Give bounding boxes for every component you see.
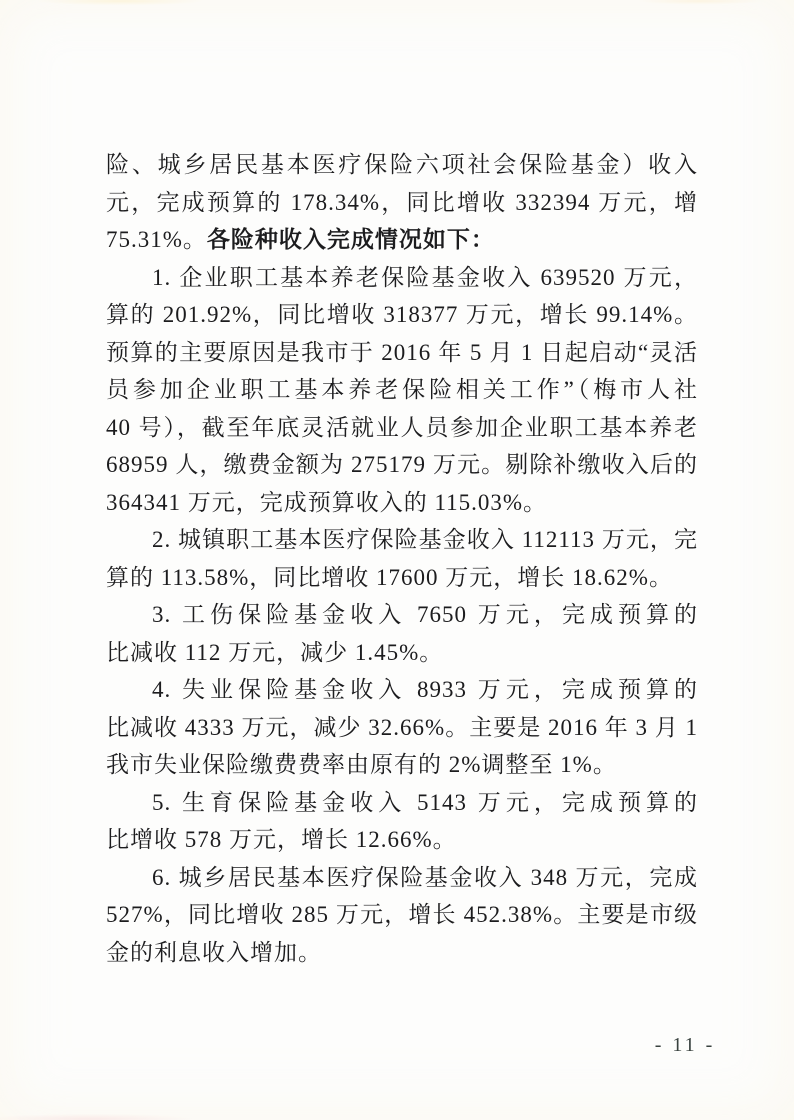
scan-edge-artifact-bottom xyxy=(0,1110,220,1120)
text-line-4: 1. 企业职工基本养老保险基金收入 639520 万元，完成预 xyxy=(106,259,698,297)
text-line-17: 我市失业保险缴费费率由原有的 2%调整至 1%。 xyxy=(106,746,698,784)
section-heading: 各险种收入完成情况如下： xyxy=(207,227,495,252)
text-line-13: 3. 工伤保险基金收入 7650 万元，完成预算的 117.20%，同 xyxy=(106,596,698,634)
text-line-6: 预算的主要原因是我市于 2016 年 5 月 1 日起启动“灵活就业人 xyxy=(106,334,698,372)
page-number: - 11 - xyxy=(630,1034,740,1057)
text-line-11: 2. 城镇职工基本医疗保险基金收入 112113 万元，完成预 xyxy=(106,521,698,559)
text-line-12: 算的 113.58%，同比增收 17600 万元，增长 18.62%。 xyxy=(106,559,698,597)
text-line-5: 算的 201.92%，同比增收 318377 万元，增长 99.14%。超额完成 xyxy=(106,296,698,334)
text-line-10: 364341 万元，完成预算收入的 115.03%。 xyxy=(106,484,698,522)
text-line-21: 527%，同比增收 285 万元，增长 452.38%。主要是市级风险调剂 xyxy=(106,896,698,934)
text-line-18: 5. 生育保险基金收入 5143 万元，完成预算的 107.69%，同 xyxy=(106,784,698,822)
text-line-8: 40 号），截至年底灵活就业人员参加企业职工基本养老保险共 xyxy=(106,409,698,447)
text-line-19: 比增收 578 万元，增长 12.66%。 xyxy=(106,821,698,859)
text-line-3-normal: 75.31%。 xyxy=(106,227,207,252)
text-line-1: 险、城乡居民基本医疗保险六项社会保险基金）收入 773707 万 xyxy=(106,146,698,184)
text-line-20: 6. 城乡居民基本医疗保险基金收入 348 万元，完成预算的 xyxy=(106,859,698,897)
text-line-7: 员参加企业职工基本养老保险相关工作”（梅市人社〔2016〕 xyxy=(106,371,698,409)
text-line-14: 比减收 112 万元，减少 1.45%。 xyxy=(106,634,698,672)
document-body: 险、城乡居民基本医疗保险六项社会保险基金）收入 773707 万 元，完成预算的… xyxy=(106,146,698,971)
text-line-16: 比减收 4333 万元，减少 32.66%。主要是 2016 年 3 月 1 日… xyxy=(106,709,698,747)
text-line-15: 4. 失业保险基金收入 8933 万元，完成预算的 126.71%，同 xyxy=(106,671,698,709)
text-line-22: 金的利息收入增加。 xyxy=(106,934,698,972)
text-line-9: 68959 人，缴费金额为 275179 万元。剔除补缴收入后的收入为 xyxy=(106,446,698,484)
scan-edge-artifact-top xyxy=(0,0,794,8)
document-page: 险、城乡居民基本医疗保险六项社会保险基金）收入 773707 万 元，完成预算的… xyxy=(0,0,794,1120)
text-line-3: 75.31%。各险种收入完成情况如下： xyxy=(106,221,698,259)
text-line-2: 元，完成预算的 178.34%，同比增收 332394 万元，增长 xyxy=(106,184,698,222)
